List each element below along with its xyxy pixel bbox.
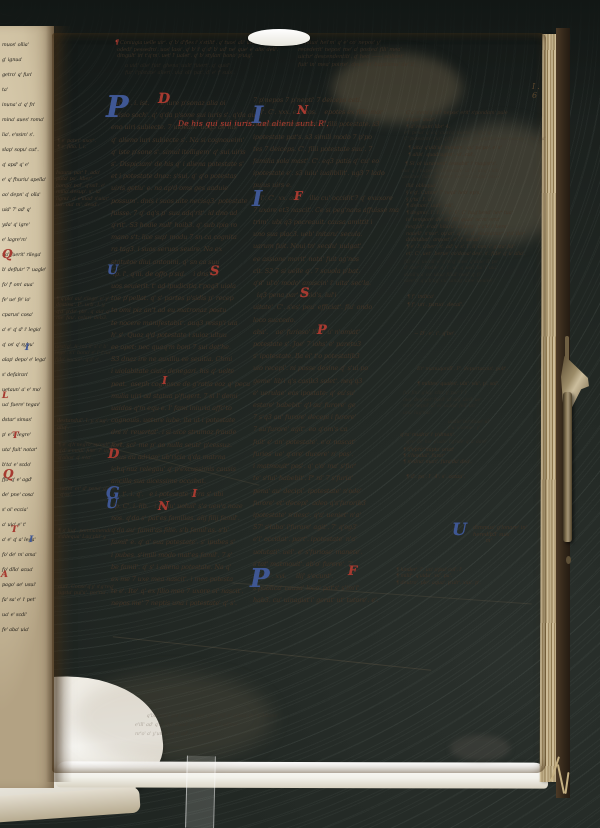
text-column-1-line: mano s't: lice sup' modu 7 sn ca cognita — [111, 231, 255, 243]
top-note-left-line: dingult' in' t'q'm'. uet' l' ualet'. q' … — [117, 53, 278, 60]
bottom-faint-note-line: q'ba'tone' p'e' s'cde' pos' y'm' y'd' e'… — [135, 712, 279, 721]
text-column-1-line: possum'. dnis i suos uite necisq3: potes… — [111, 195, 255, 207]
right-margin-gloss-4f-line: d' ster' i' hodie' q'. l'. w'. q' ueil' … — [404, 266, 498, 272]
text-column-1-line: nepos me' 7 neptis una i potestate' q' s… — [111, 597, 255, 609]
text-column-2-line: e' uerulae' eos ipostate: q' eu'su' — [253, 387, 399, 399]
initial-Q-sliver: Q — [2, 248, 12, 260]
initial-N-col2: N — [297, 104, 308, 116]
text-column-2-line: op'. l'. xvi. ilij' s'ecunt'. — [253, 570, 399, 582]
initial-U-col1: U — [107, 264, 118, 277]
text-column-1-line: lp. l'. q'iii. de offo p'sid. i dns' ss — [111, 268, 255, 280]
right-margin-gloss-4f: fili' e'q' uionil' e' q'm'q' meo' q'uine… — [404, 260, 498, 286]
right-margin-gloss-2: ¶ uita' q'uib'ul' manam'. qu' po'po'. e'… — [408, 145, 502, 159]
initial-I2-col1: I — [192, 488, 197, 499]
left-margin-gloss-3-line: destina'. P'. urb'. l. y. — [56, 302, 111, 308]
right-margin-gloss-12-line: ¶ d'. po'. l'. 4'. s'. octau'. — [406, 474, 465, 481]
right-margin-gloss-6-line: ∼ D'. e'. i'. q'be'. — [414, 331, 456, 338]
right-margin-gloss-4-line: dubitabat'. anpost'. e'. f'. salud'. — [406, 237, 526, 244]
text-column-2-line: s'publica' causa' loco' pat's' s'im'l' — [253, 582, 399, 594]
bottom-faint-note-line: e'ill' ad' q'u' uia' s'ouil' q'ge' q' i'… — [135, 721, 279, 730]
initial-L-sliver: L — [2, 392, 8, 401]
top-note-right: Si filius' hei'm' q' e' co' nepos' y'rec… — [298, 40, 417, 69]
bottom-faint-note-line: nr'o' a' y'uma' ul' i' ad' q'o' yeivr'. — [135, 730, 279, 739]
right-margin-gloss-4-line: nouell'. s'nor'. op'ar'. q'. e'. d'. doc… — [406, 231, 526, 238]
text-column-2-line: 7 uxore et3 nascit'. Ce si peg'nans affu… — [253, 204, 399, 216]
facing-page-sliver-line: lia'. e'ssim' s'. — [2, 128, 46, 143]
right-margin-gloss-4-line: § e'g'. Cunne' 7' nepl' heb' ep's. — [406, 190, 526, 197]
right-margin-gloss-10-line: q'ra' mudra' i' p'dman'. — [400, 432, 455, 439]
left-margin-gloss-4-line: lege'. s'i' bono' e' l' t'na' — [55, 350, 111, 356]
text-column-2-line: potestate s'. Joe' 7 iohs' e' paretu3 — [253, 338, 399, 350]
text-column-1-line: q' iste p'sone s'. simul itelligem' q' s… — [111, 146, 255, 158]
right-margin-gloss-8f: fui' fini' g'lay' clin' y' par' l' i'ino… — [403, 391, 481, 417]
facing-page-sliver-line: s' oi' eccia' — [2, 503, 46, 518]
facing-page-sliver-line: a' e' q' a' lega' — [2, 533, 46, 548]
left-margin-gloss-3: ¶ q'plo' au' s'lege' e' y'.destina'. P'.… — [56, 296, 111, 322]
bottom-faint-note: q'ba'tone' p'e' s'cde' pos' y'm' y'd' e'… — [135, 712, 279, 739]
initial-U-gloss: U — [452, 522, 467, 539]
initial-P-col2: P — [317, 324, 327, 337]
text-column-1-line: famil' e. q' a' sua potestate'. s' ipube… — [111, 536, 255, 548]
right-margin-gloss-13: dimmus' g'lonare' in'heredib3' suis' m' — [473, 525, 527, 545]
text-column-2-line: uio recepi'. ni posse desine q' s'ui po — [253, 362, 399, 374]
initial-T2-sliver: T — [11, 526, 18, 535]
text-column-1-line: toe p'pellat. q' s' partes p'sidis p' re… — [111, 292, 255, 304]
text-column-1-line: iuus au adrian' ub'ricia q'da matrna — [111, 451, 255, 463]
text-column-1-line: uaidos q'm equ e. l' fami iniuria affc't… — [111, 402, 255, 414]
facing-page-sliver-line: uetaun' a' e' mo' — [2, 383, 46, 398]
right-margin-gloss-11-line: ¶ s'edna' mari'. fura'da' deo'. — [403, 460, 472, 466]
initial-I-sliver: I — [25, 344, 29, 353]
text-column-1-line: q' alieno iuri subiecte s'. Na si cognou… — [111, 134, 255, 146]
facing-page-sliver-line: fe' ue' fe' io' — [2, 293, 46, 308]
conservation-strap — [185, 756, 216, 828]
text-column-2-line: uarum fuit. Noui tn' secdu' uulgat'. — [253, 240, 399, 252]
facing-page-sliver-line: fa' sa' e' i' pet' — [2, 593, 46, 608]
initial-T-sliver: T — [12, 432, 19, 441]
text-column-2-line: q'd' ul'o' modo' amiscin' i' uita' sec'l… — [253, 277, 399, 289]
initial-U2-col1: U — [106, 497, 118, 511]
right-margin-gloss-4-line: ¶ deinon'. uult'. viii'. — [406, 203, 526, 210]
text-column-2-line: ipotestate' n'desc'. q'a' ueniet' n'a' — [253, 509, 399, 521]
text-column-1-line: to omi piz an't ad eu matronaz postu — [111, 304, 255, 316]
text-column-2-line: uitate'. C'. s'es' peu' efficiat'. fiu' … — [253, 301, 399, 313]
text-column-2-line: puius uirs e. — [253, 179, 399, 191]
text-column-2-line: furore' et' decepi'. adeo q's'furorib3 — [253, 497, 399, 509]
top-note-right-line: uichr' descendentib'. q' heo' —— scilice… — [298, 54, 417, 61]
right-margin-gloss-14: ¶ kinder'. l'. un' s'pui' col'. l'.¶ mil… — [396, 567, 481, 586]
text-column-1-line: h' s'. Quoz q'd potestate i suioz ultuu — [111, 329, 255, 341]
facing-page-sliver-line: e' q' fhuriu' apella' — [2, 173, 46, 188]
text-column-2-line: hab3. cu' uinagist'i' gerat' ut' tutore'… — [253, 594, 399, 606]
right-margin-gloss-1f: e'l' pena' q' s'q' cum'q' morte' s' q'q'… — [404, 131, 546, 144]
left-margin-gloss-5-line: aliq'. — [57, 425, 108, 432]
facing-page-sliver-line: s' defairan' — [2, 368, 46, 383]
right-margin-gloss-11: ¶ d'epra' nupta' oriat'¶ s'hondal'. furo… — [403, 448, 472, 465]
facing-page-sliver-line: uid' 7' ad' q' — [2, 203, 46, 218]
initial-P-col1: P — [106, 93, 129, 123]
text-column-1-line: eno uiri subiecte. 7 uideam' uoq3 de his — [111, 121, 255, 133]
initial-D2-col1: D — [108, 448, 119, 461]
right-margin-gloss-13-line: heredib3' suis' — [473, 532, 527, 539]
left-margin-gloss-3-line: me' fau'. celari' deb3. — [56, 315, 111, 321]
text-column-1-line: uiris getiu' e. na ap'd oms ges aaduie — [111, 182, 255, 194]
right-margin-gloss-7-line: Er' manuqonill'. P'. deportacois'. polt'… — [417, 366, 508, 373]
text-column-2-line: S7' s'labo' i'furore' agit'. 7' q'og3' — [253, 521, 399, 533]
text-column-1-line: peat. oseph cognosce de g'ratia eoz q' p… — [111, 378, 255, 390]
text-column-1-line: i pubes. s'imili modo mat'es famil'. 7 s… — [111, 549, 255, 561]
facing-page-sliver: muos' ollia'g' ignua'getro' q' fun'ta'in… — [2, 38, 46, 638]
text-column-2-line: s' ipotestate. Ila ei' t'o potestatib3 — [253, 350, 399, 362]
text-column-2-line: furios' ue' q'ore' ducere' n' pos'. — [253, 448, 399, 460]
right-margin-gloss-4: illa' oblaqua'.§ e'g'. Cunne' 7' nepl' h… — [406, 183, 526, 258]
initial-F2-col2: F — [348, 565, 357, 578]
right-margin-gloss-8f-line: fui' fini' g'lay' clin' y' par' l' i' — [403, 391, 481, 398]
text-column-1-line: nos. q'da s' pat'es familias. alij filij… — [111, 512, 255, 524]
right-margin-gloss-7: Er' manuqonill'. P'. deportacois'. polt'… — [417, 366, 508, 373]
facing-page-sliver-line: ua' e' scdi' — [2, 608, 46, 623]
left-margin-gloss-5-line: destandul'. l. y. s'ug'. — [57, 418, 108, 425]
facing-page-sliver-line: getro' q' fun' — [2, 68, 46, 83]
facing-page-sliver-line: fe' aba' uia' — [2, 623, 46, 638]
paraph-top-left: ¶ — [115, 40, 119, 46]
initial-D-col1: D — [158, 92, 170, 106]
text-column-1-line: S3 dnaz ire ne auxiliu ee seuitia. Chmi — [111, 353, 255, 365]
text-column-1-line: ai. t'. i. q'. e i potestate uera s' ubi — [111, 488, 255, 500]
right-margin-gloss-4-line: ¶ e'. l'. u'ber'. s'. ad' u' s'. l'. ii'… — [406, 244, 526, 251]
left-margin-gloss-9: aun'. Conse'q'y' s'g'reg'ugsta' pul'a'. … — [58, 584, 114, 597]
facing-page-sliver-line: fo' dllo' acua' — [2, 563, 46, 578]
text-column-2-line: estare' habebit' q'l au' furore' ge — [253, 399, 399, 411]
text-column-2-line: trim'. ubi q3 pocreauit. causa amittit i — [253, 216, 399, 228]
text-column-2-line: ee assione morit' nota' fuit ag'nos — [253, 253, 399, 265]
text-column-2-line: geme' lib'i q's casib3 solet'. neq'q3 — [253, 375, 399, 387]
initial-N-col1: N — [158, 500, 169, 512]
right-margin-gloss-4-line: § y'ta'. l'. u'. — [406, 197, 526, 204]
facing-page-sliver-line: fo' de' m' ama' — [2, 548, 46, 563]
right-margin-gloss-2-line: ¶ aliis'. quadragint'. vi'. col'. — [408, 152, 502, 159]
facing-page-sliver-line: p' e' i' legre' — [2, 428, 46, 443]
right-margin-gloss-6: ∼ D'. e'. i'. q'be'. — [414, 331, 456, 338]
text-column-2-line: fuit' e' an' potestate'. e'o' nascat' — [253, 436, 399, 448]
text-column-2-line: ipotestate e'. s3 iuiu' iualibilit'. ug3… — [253, 167, 399, 179]
text-column-2-line: 7 su'furore' agit'. eo q'om's ca — [253, 423, 399, 435]
right-margin-gloss-3: ¶ Si' oi' iurament' cessabit' i' magist'… — [405, 161, 497, 168]
facing-page-sliver-line: ua' fuere' tegav' — [2, 398, 46, 413]
right-margin-gloss-4-line: illa' oblaqua'. — [406, 183, 526, 190]
right-margin-gloss-14-line: ¶ deutro'. ple'. aqua'. p'ulr'. xxx'. p'… — [396, 580, 481, 586]
text-column-2-line: . l'. C'. xx. aos. ilia cu' occidit'? q'… — [253, 192, 399, 204]
facing-page-sliver-line: cparus' cosa' — [2, 308, 46, 323]
facing-page-sliver-line: fo' f' om' aua' — [2, 278, 46, 293]
text-column-2-line: cit. S3 7 si uelle q'. 7 scuola p'bat. — [253, 265, 399, 277]
top-note-left-line: odedi' pessedro'. uos' lass'. q' b' i' q… — [117, 47, 278, 54]
text-column-1-line: fort. sci' me p' ao nulla seuti' p'cessu… — [111, 439, 255, 451]
text-column-1-line: te e'. Ite' q' ex filio meo 7 uxore ei' … — [111, 585, 255, 597]
top-note-right-line: fuit' in' mea' poirte'. deus' in' baptis… — [298, 62, 417, 69]
right-margin-gloss-4f-line: uiee'n' q'u'b'ug' cu' uinag' uiee' ueuie… — [404, 279, 498, 285]
metal-clasp-strap — [563, 392, 572, 542]
right-margin-gloss-4-line: et'. C'. uet'. berue' co'dona' des'. s'.… — [406, 251, 526, 258]
right-margin-gloss-13-line: m' — [473, 538, 527, 545]
initial-I2-col2: I — [252, 188, 262, 210]
left-margin-gloss-1: ¶ e' pater' uxor'.¶ e' filio. l. i. — [57, 138, 96, 151]
right-margin-gloss-5-line: ¶ f'. un'. paruo'. decal'. — [407, 302, 463, 310]
initial-S-col2: S — [300, 287, 309, 300]
facing-page-sliver-line: de' pne' cosa' — [2, 488, 46, 503]
text-column-1-line: ancilla sua aicessime occabat. — [111, 475, 255, 487]
text-column-2-line: 7 s'q3 au' furore' decepi i furore' — [253, 411, 399, 423]
right-margin-gloss-10: q'ra' mudra' i' p'dman'. — [400, 432, 455, 439]
text-column-1-line: s'. Dispiciam' de his q' i aliena potest… — [111, 158, 255, 170]
facing-page-sliver-line: dstar' simas' — [2, 413, 46, 428]
text-column-1-line: fuisse. 7 q' aq's p' suu adq'rit'. id dn… — [111, 207, 255, 219]
facing-page-sliver-line: a' uia' e' t' — [2, 518, 46, 533]
text-column-2-line: uno sua plac3. ueb' initaru' secula. — [253, 228, 399, 240]
text-column-1: aul'. t'. i. ist. e iure p'sonaz alia oi… — [111, 97, 255, 610]
facing-page-sliver-line: ao' depn' q' olla' — [2, 188, 46, 203]
text-column-1-line: et i potestate dnoz: s'sui. q' q'o potes… — [111, 170, 255, 182]
folio-mark: I. 6 — [532, 82, 546, 100]
clasp-rivet — [566, 556, 571, 564]
text-column-1-line: mulia uiri ad statua p'fugert. 7 si l' d… — [111, 390, 255, 402]
left-margin-gloss-2-line: ua'. oia' m'. deod'. — [56, 202, 109, 208]
text-column-2-line: e'i' occidat'. part'. ipotestate' n'a' — [253, 533, 399, 545]
facing-page-sliver-line: e' lagre'm' — [2, 233, 46, 248]
text-column-2-line: ipotestate pat's. s3 simili modo 7 p'po — [253, 131, 399, 143]
facing-page-sliver-line: uta' fuit' notar' — [2, 443, 46, 458]
initial-F-col2: F — [294, 190, 303, 202]
text-column-1-line: i uiolabitate ciuiu denegari. his q' uel… — [111, 365, 255, 377]
facing-page-sliver-line: ta' — [2, 83, 46, 98]
left-margin-gloss-4-line: fide' socior'. q'd' e'. — [55, 357, 111, 363]
right-margin-gloss-3-line: ¶ Si' oi' iurament' cessabit' i' magist'… — [405, 161, 497, 168]
right-margin-gloss-3f: ma' q' i'nupserit' deserade' ul' t'. uti… — [402, 169, 501, 182]
left-margin-gloss-1-line: ¶ e' filio. l. i. — [57, 144, 96, 150]
text-column-2-line: s'tat' matmouit'. ab'o' furere'. 7' — [253, 558, 399, 570]
text-column-2-line: i matmouit' pos'. q' c'o' ma' s'fur' — [253, 460, 399, 472]
text-column-2-line: . l'. C'. xxx. e.i. aos. epotes ex filio… — [253, 106, 399, 118]
text-column-2-line: iq3 pena par' assid's. iul'i — [253, 289, 399, 301]
page-text-layer: De his qui sui iuris. uel alieni sunt. R… — [52, 33, 546, 773]
initial-I-col2: I — [252, 103, 263, 127]
text-column-2-line: familia sola mast'. C'. eq3 patis q' cu'… — [253, 155, 399, 167]
right-margin-gloss-5: ¶ f'. indica'¶ f'. un'. paruo'. decal'. — [407, 294, 463, 309]
facing-page-sliver-line: g' ignua' — [2, 53, 46, 68]
left-margin-gloss-4: uestig'. A' ma'il' s' i' b'lege'. s'i' b… — [55, 344, 111, 363]
text-column-1-line: ee opet: nec quaq'm boni 7 sui det'he. — [111, 341, 255, 353]
text-column-1-line: dni n' reuertat'. i si uice strumoz frau… — [111, 426, 255, 438]
right-margin-gloss-4-line: neq'plr'. e'ad' hilaru'. u'deru'. u'a'b'… — [406, 224, 526, 231]
left-margin-gloss-2: Isaura' par' l'. ado'puta' po'. liber'bo… — [56, 170, 109, 208]
text-column-1-line: q'rit'. S3 hodie null' hoib3. q' sub ipi… — [111, 219, 255, 231]
initial-S-col1: S — [210, 265, 219, 278]
right-margin-gloss-5-line: ¶ f'. indica' — [407, 294, 463, 302]
right-margin-gloss-2-line: ¶ uita' q'uib'ul' manam'. qu' po'po'. e'… — [408, 145, 502, 152]
manuscript-page: De his qui sui iuris. uel alieni sunt. R… — [52, 33, 546, 773]
text-column-1-line: q'da au' famil'as filie. s'b famil'as. s… — [111, 524, 255, 536]
initial-Q2-sliver: Q — [3, 468, 13, 480]
text-column-2-line: te' s'lui' habebit'. P' ni' 7 s'furia' — [253, 472, 399, 484]
manuscript-photo: muos' ollia'g' ignua'getro' q' fun'ta'in… — [0, 0, 600, 828]
right-margin-gloss-1-line: ¶ d' regum' libr' 4. — [406, 124, 508, 131]
text-column-1-line: be famil'. q' s' i aliena potestate. Na … — [111, 561, 255, 573]
right-margin-gloss-8f-line: una' iug'ma'. — [403, 411, 481, 418]
text-column-1-line: lp. C'. i. lib. i ciuiu' uoluil' s'a uen… — [111, 500, 255, 512]
right-margin-gloss-8f-line: rare' nepol' ul' ei' ualod' feil' un' — [403, 404, 481, 411]
facing-page-sliver-line: a' e' q' d' i' legio' — [2, 323, 46, 338]
right-margin-gloss-13-line: dimmus' g'lonare' in' — [473, 525, 527, 532]
text-column-1-line: aul'. t'. i. ist. e iure p'sonaz alia oi — [111, 97, 255, 109]
initial-I2-sliver: I — [29, 536, 33, 545]
top-note-left-faint-line: fur' i'plstate' alieri'. uia' oli' pat'.… — [125, 70, 235, 77]
right-margin-gloss-1-line: C'a' s'eru'q' u'l' nepos' erit' s'pondam… — [406, 110, 508, 117]
initial-I-col1: I — [162, 375, 167, 386]
right-margin-gloss-9f: uadie' ier'daue' ul'z'u' s'orme'. y' — [448, 420, 490, 433]
initial-P2-col2: P — [250, 566, 270, 592]
facing-page-sliver-line: mina' aues' roma' — [2, 113, 46, 128]
facing-page-sliver-line: muos' ollia' — [2, 38, 46, 53]
right-margin-gloss-8-line: ¶ milites' quales'. ubi'. viii'. p'. sol… — [417, 381, 499, 388]
text-column-2-line: uolutati'. uel'. e' s'furiose' manete'. — [253, 546, 399, 558]
right-margin-gloss-4-line: ¶ degmo'. l'. i'. e'. l'. 6'. C' hug'ben… — [406, 210, 526, 217]
facing-page-sliver-line: pago' ae' usui' — [2, 578, 46, 593]
initial-A-sliver: A — [1, 571, 8, 580]
facing-page-sliver-line: inuna' a' q' fn' — [2, 98, 46, 113]
text-column-2: 7 p'nepos 7 p'nepti' 7 deiceps ceti. . l… — [253, 94, 399, 607]
text-column-1-line: te nocere manifestabit'. auq3 ressp'i ui… — [111, 317, 255, 329]
right-margin-gloss-1: C'a' s'eru'q' u'l' nepos' erit' s'pondam… — [406, 110, 508, 130]
right-margin-gloss-8: ¶ milites' quales'. ubi'. viii'. p'. sol… — [417, 381, 499, 388]
top-note-left-faint: a uid' alie' fuit' ghena' uult' fuiert'.… — [125, 63, 235, 76]
facing-page-sliver-line: b' defluir' 7' uagle' — [2, 263, 46, 278]
text-column-2-line: tuo auo uedere solet. a filii potestate.… — [253, 118, 399, 130]
left-margin-gloss-5: destandul'. l. y. s'ug'.aliq'. — [57, 418, 108, 431]
right-margin-gloss-1f-line: C' potestate' fur' q'd' grossos' p'ruden… — [404, 137, 546, 143]
text-column-2-line: tes 7 deiceps. C'. filii potestate suu'.… — [253, 143, 399, 155]
right-margin-gloss-1-line: s'ique' uxor'. — [406, 117, 508, 124]
left-margin-gloss-8-line: s'ddequa' Lau'plit' y. — [58, 534, 112, 540]
text-column-1-line: ex me 7 uxe mea nascit'. i mea potesta — [111, 573, 255, 585]
text-column-1-line: ra tag3. i suos seruos seuire. Na ex — [111, 243, 255, 255]
right-margin-gloss-4-line: iv' tempore' de' s'l' fili' quad' oc'm' … — [406, 217, 526, 224]
left-margin-gloss-8: ¶ s' lug'. pomnamendi's'ddequa' Lau'plit… — [58, 528, 112, 541]
text-column-1-line: statutoe diui antonini. q' sn ca suu — [111, 256, 255, 268]
facing-page-sliver-line: slap' sopu' cut'. — [2, 143, 46, 158]
facing-page-sliver-line: q' apd' q' e' — [2, 158, 46, 173]
top-note-left-faint-line: a uid' alie' fuit' ghena' uult' fuiert'.… — [125, 63, 235, 70]
facing-page-sliver-line: alap' depo' e' lega' — [2, 353, 46, 368]
right-margin-gloss-3f-line: assidue' fiant' deponit' hec' sn' culpa'… — [402, 175, 501, 181]
right-margin-gloss-12: ¶ d'. po'. l'. 4'. s'. octau'. — [406, 474, 465, 481]
facing-page-sliver-line: yda' q' igre' — [2, 218, 46, 233]
text-column-1-line: uos seuierit. t' ad ipudicitia t'poq3 ui… — [111, 280, 255, 292]
interleaf-paper-top — [248, 29, 310, 46]
text-column-2-line: 7 p'nepos 7 p'nepti' 7 deiceps ceti. — [253, 94, 399, 106]
text-column-1-line: uisio soch'. q' q'da p'sone sui iuris s'… — [111, 109, 255, 121]
text-column-1-line: cognouis. ueture iube. ita ut i potestat… — [111, 414, 255, 426]
text-column-1-line: ichq'nuz relegau' q' p'excussimis causis — [111, 463, 255, 475]
left-margin-gloss-9-line: ugsta' pul'a'. por'tia'. — [58, 590, 114, 596]
text-column-2-line: pena' au' decipi'. ipotestate' n'ode' — [253, 485, 399, 497]
